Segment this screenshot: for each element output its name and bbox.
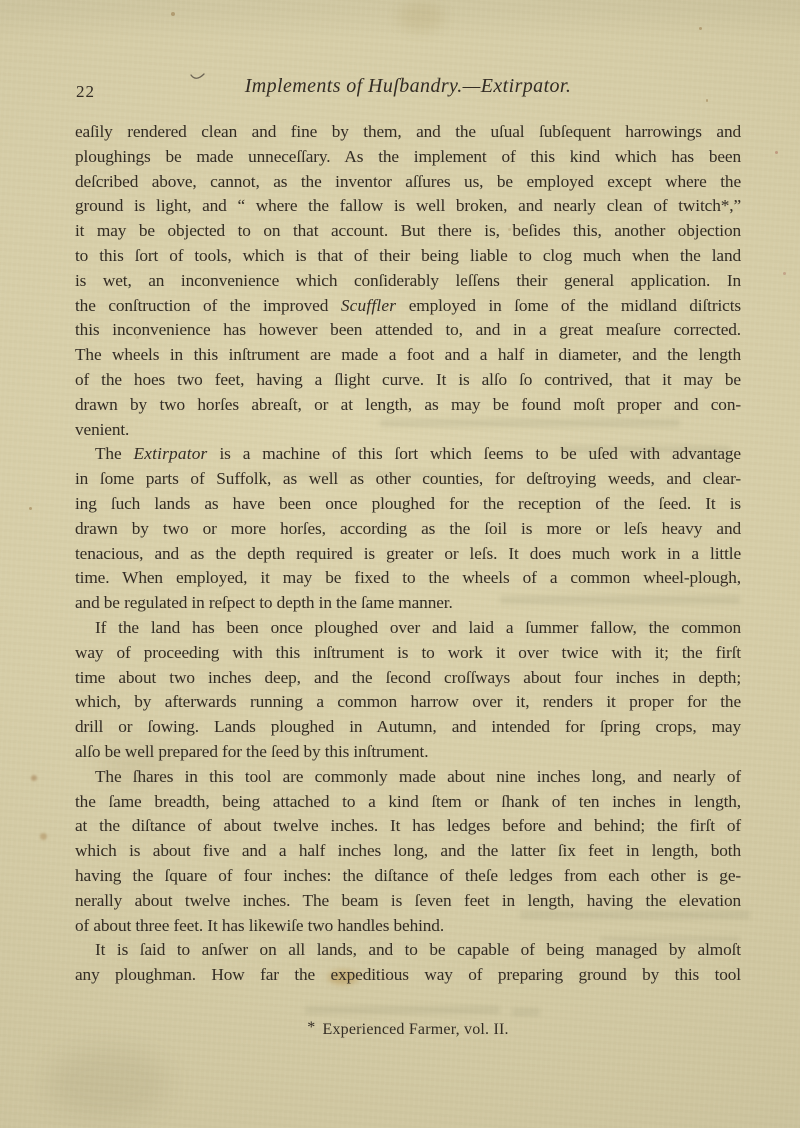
text-line: nerally about twelve inches. The beam is… bbox=[75, 889, 741, 914]
text-line: of about three feet. It has likewiſe two… bbox=[75, 914, 741, 939]
text-line: at the diſtance of about twelve inches. … bbox=[75, 814, 741, 839]
text-line: having the ſquare of four inches: the di… bbox=[75, 864, 741, 889]
text-line: time. When employed, it may be fixed to … bbox=[75, 566, 741, 591]
text-line: drawn by two horſes abreaſt, or at lengt… bbox=[75, 393, 741, 418]
foxing-speck bbox=[699, 27, 702, 30]
text-line: alſo be well prepared for the ſeed by th… bbox=[75, 740, 741, 765]
text-line: and be regulated in reſpect to depth in … bbox=[75, 591, 741, 616]
pen-mark-artifact bbox=[190, 69, 205, 87]
foxing-speck bbox=[171, 12, 175, 16]
text-line: deſcribed above, cannot, as the inventor… bbox=[75, 170, 741, 195]
text-line: any ploughman. How far the expeditious w… bbox=[75, 963, 741, 988]
paragraph: The Extirpator is a machine of this ſort… bbox=[75, 442, 741, 616]
paper-stain bbox=[398, 2, 444, 32]
footnote-text: Experienced Farmer, vol. II. bbox=[322, 1021, 508, 1038]
text-line: The Extirpator is a machine of this ſort… bbox=[75, 442, 741, 467]
text-line: the ſame breadth, being attached to a ki… bbox=[75, 790, 741, 815]
text-line: ploughings be made unneceſſary. As the i… bbox=[75, 145, 741, 170]
text-line: which is about five and a half inches lo… bbox=[75, 839, 741, 864]
paper-stain bbox=[48, 1048, 168, 1118]
bleedthrough-ghost bbox=[305, 1006, 500, 1014]
text-line: to this ſort of tools, which is that of … bbox=[75, 244, 741, 269]
text-line: this inconvenience has however been atte… bbox=[75, 318, 741, 343]
text-line: of the hoes two feet, having a ſlight cu… bbox=[75, 368, 741, 393]
bleedthrough-ghost bbox=[512, 1008, 540, 1016]
text-line: which, by afterwards running a common ha… bbox=[75, 690, 741, 715]
paragraph: If the land has been once ploughed over … bbox=[75, 616, 741, 765]
text-line: time about two inches deep, and the ſeco… bbox=[75, 666, 741, 691]
paragraph: The ſhares in this tool are commonly mad… bbox=[75, 765, 741, 939]
foxing-speck bbox=[783, 272, 786, 275]
text-line: It is ſaid to anſwer on all lands, and t… bbox=[75, 938, 741, 963]
rust-spot bbox=[31, 775, 37, 781]
text-line: in ſome parts of Suffolk, as well as oth… bbox=[75, 467, 741, 492]
running-title: Implements of Huſbandry.—Extirpator. bbox=[75, 74, 741, 98]
text-line: ground is light, and “ where the fallow … bbox=[75, 194, 741, 219]
text-line: If the land has been once ploughed over … bbox=[75, 616, 741, 641]
text-line: the conſtruction of the improved Scuffle… bbox=[75, 294, 741, 319]
rust-spot bbox=[40, 833, 47, 840]
book-page: 22 Implements of Huſbandry.—Extirpator. … bbox=[0, 0, 800, 1128]
foxing-speck bbox=[29, 507, 32, 510]
text-line: way of proceeding with this inſtrument i… bbox=[75, 641, 741, 666]
text-line: venient. bbox=[75, 418, 741, 443]
text-line: ing ſuch lands as have been once ploughe… bbox=[75, 492, 741, 517]
text-line: The ſhares in this tool are commonly mad… bbox=[75, 765, 741, 790]
text-line: drawn by two or more horſes, according a… bbox=[75, 517, 741, 542]
text-line: The wheels in this inſtrument are made a… bbox=[75, 343, 741, 368]
text-line: tenacious, and as the depth required is … bbox=[75, 542, 741, 567]
footnote-asterisk: * bbox=[307, 1019, 315, 1037]
foxing-speck bbox=[706, 99, 708, 102]
text-line: is wet, an inconvenience which conſidera… bbox=[75, 269, 741, 294]
body-text: eaſily rendered clean and fine by them, … bbox=[75, 120, 741, 988]
paragraph: It is ſaid to anſwer on all lands, and t… bbox=[75, 938, 741, 988]
paragraph: eaſily rendered clean and fine by them, … bbox=[75, 120, 741, 442]
footnote: *Experienced Farmer, vol. II. bbox=[75, 1021, 741, 1039]
foxing-speck bbox=[775, 151, 778, 154]
text-line: drill or ſowing. Lands ploughed in Autum… bbox=[75, 715, 741, 740]
text-line: eaſily rendered clean and fine by them, … bbox=[75, 120, 741, 145]
text-line: it may be objected to on that account. B… bbox=[75, 219, 741, 244]
